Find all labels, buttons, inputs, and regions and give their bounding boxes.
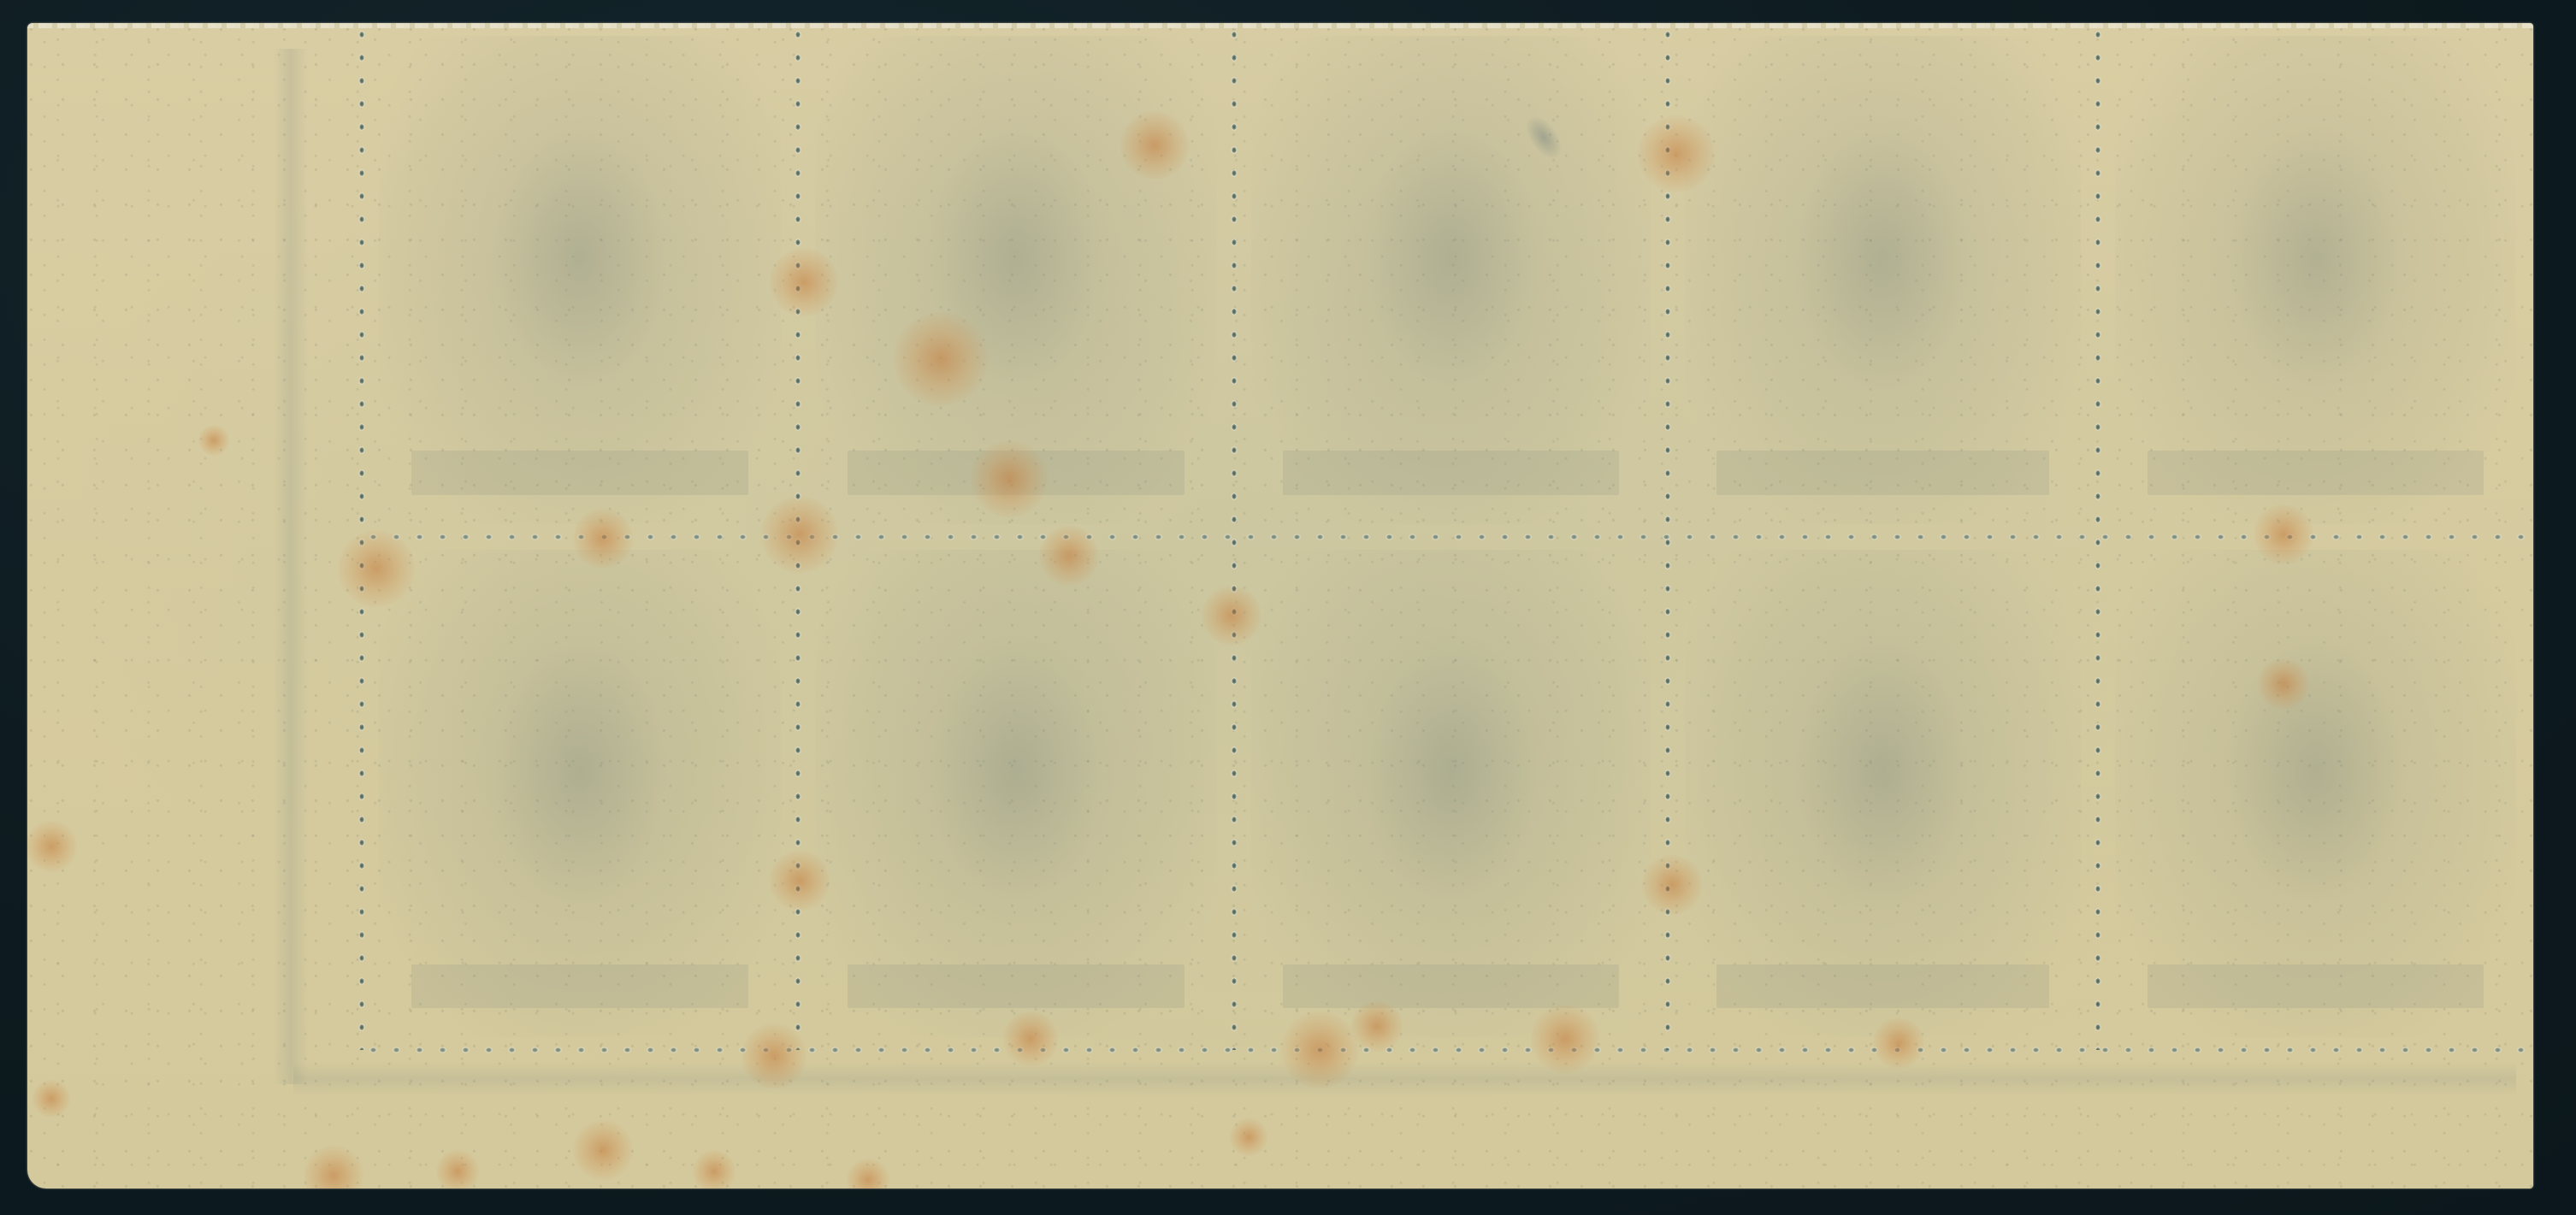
foxing-spot: [573, 1120, 633, 1180]
stamp-ghost-value-band: [411, 451, 749, 494]
stamp-ghost-value-band: [1716, 451, 2049, 494]
stamp-ghost-figure: [1363, 638, 1539, 906]
foxing-spot: [1638, 115, 1715, 192]
foxing-spot: [1642, 855, 1702, 915]
foxing-spot: [573, 509, 633, 569]
horizontal-perforation: [362, 1044, 2533, 1056]
stamp-ghost-value-band: [848, 964, 1185, 1008]
foxing-spot: [436, 1150, 479, 1188]
stamp-ghost-figure: [928, 638, 1105, 906]
stamp-ghost: [1685, 550, 2081, 1037]
stamp-ghost-value-band: [411, 964, 749, 1008]
stamp-sheet-reverse: [27, 23, 2533, 1188]
stamp-ghost-value-band: [1283, 964, 1618, 1008]
stamp-ghost-figure: [1363, 124, 1539, 392]
foxing-spot: [1039, 526, 1099, 586]
stamp-ghost: [815, 550, 1217, 1037]
left-selvage-line: [274, 49, 308, 1084]
stamp-ghost: [379, 36, 781, 524]
foxing-spot: [1873, 1017, 1924, 1069]
foxing-spot: [27, 821, 77, 872]
stamp-ghost-value-band: [2148, 451, 2484, 494]
foxing-spot: [761, 496, 838, 573]
foxing-spot: [2258, 658, 2309, 710]
foxing-spot: [1531, 1005, 1599, 1073]
foxing-spot: [1230, 1118, 1267, 1156]
foxing-spot: [1202, 586, 1261, 646]
photo-scene: [0, 0, 2576, 1215]
foxing-spot: [1351, 1000, 1403, 1052]
foxing-spot: [693, 1150, 736, 1188]
stamp-ghost: [379, 550, 781, 1037]
stamp-ghost: [2115, 36, 2516, 524]
foxing-spot: [741, 1023, 806, 1088]
foxing-spot: [1281, 1012, 1358, 1088]
stamp-ghost-figure: [2227, 124, 2403, 392]
stamp-ghost-figure: [2227, 638, 2403, 906]
bottom-selvage-line: [293, 1062, 2516, 1096]
foxing-spot: [1003, 1012, 1058, 1066]
stamp-ghost-value-band: [2148, 964, 2484, 1008]
foxing-spot: [32, 1080, 70, 1118]
horizontal-perforation: [362, 531, 2533, 543]
foxing-spot: [1120, 111, 1189, 180]
stamp-ghost-value-band: [1283, 451, 1618, 494]
foxing-spot: [338, 530, 415, 607]
stamp-ghost-figure: [1796, 124, 1970, 392]
foxing-spot: [770, 851, 830, 911]
stamp-ghost-figure: [492, 124, 669, 392]
stamp-ghost: [1251, 36, 1651, 524]
stamp-ghost-value-band: [1716, 964, 2049, 1008]
foxing-spot: [198, 425, 229, 456]
foxing-spot: [894, 312, 988, 406]
stamp-ghost: [1251, 550, 1651, 1037]
stamp-ghost-figure: [1796, 638, 1970, 906]
foxing-spot: [770, 248, 838, 316]
stamp-ghost-figure: [492, 638, 669, 906]
foxing-spot: [971, 440, 1048, 517]
foxing-spot: [2254, 504, 2313, 564]
stamp-ghost: [1685, 36, 2081, 524]
stamp-ghost: [2115, 550, 2516, 1037]
